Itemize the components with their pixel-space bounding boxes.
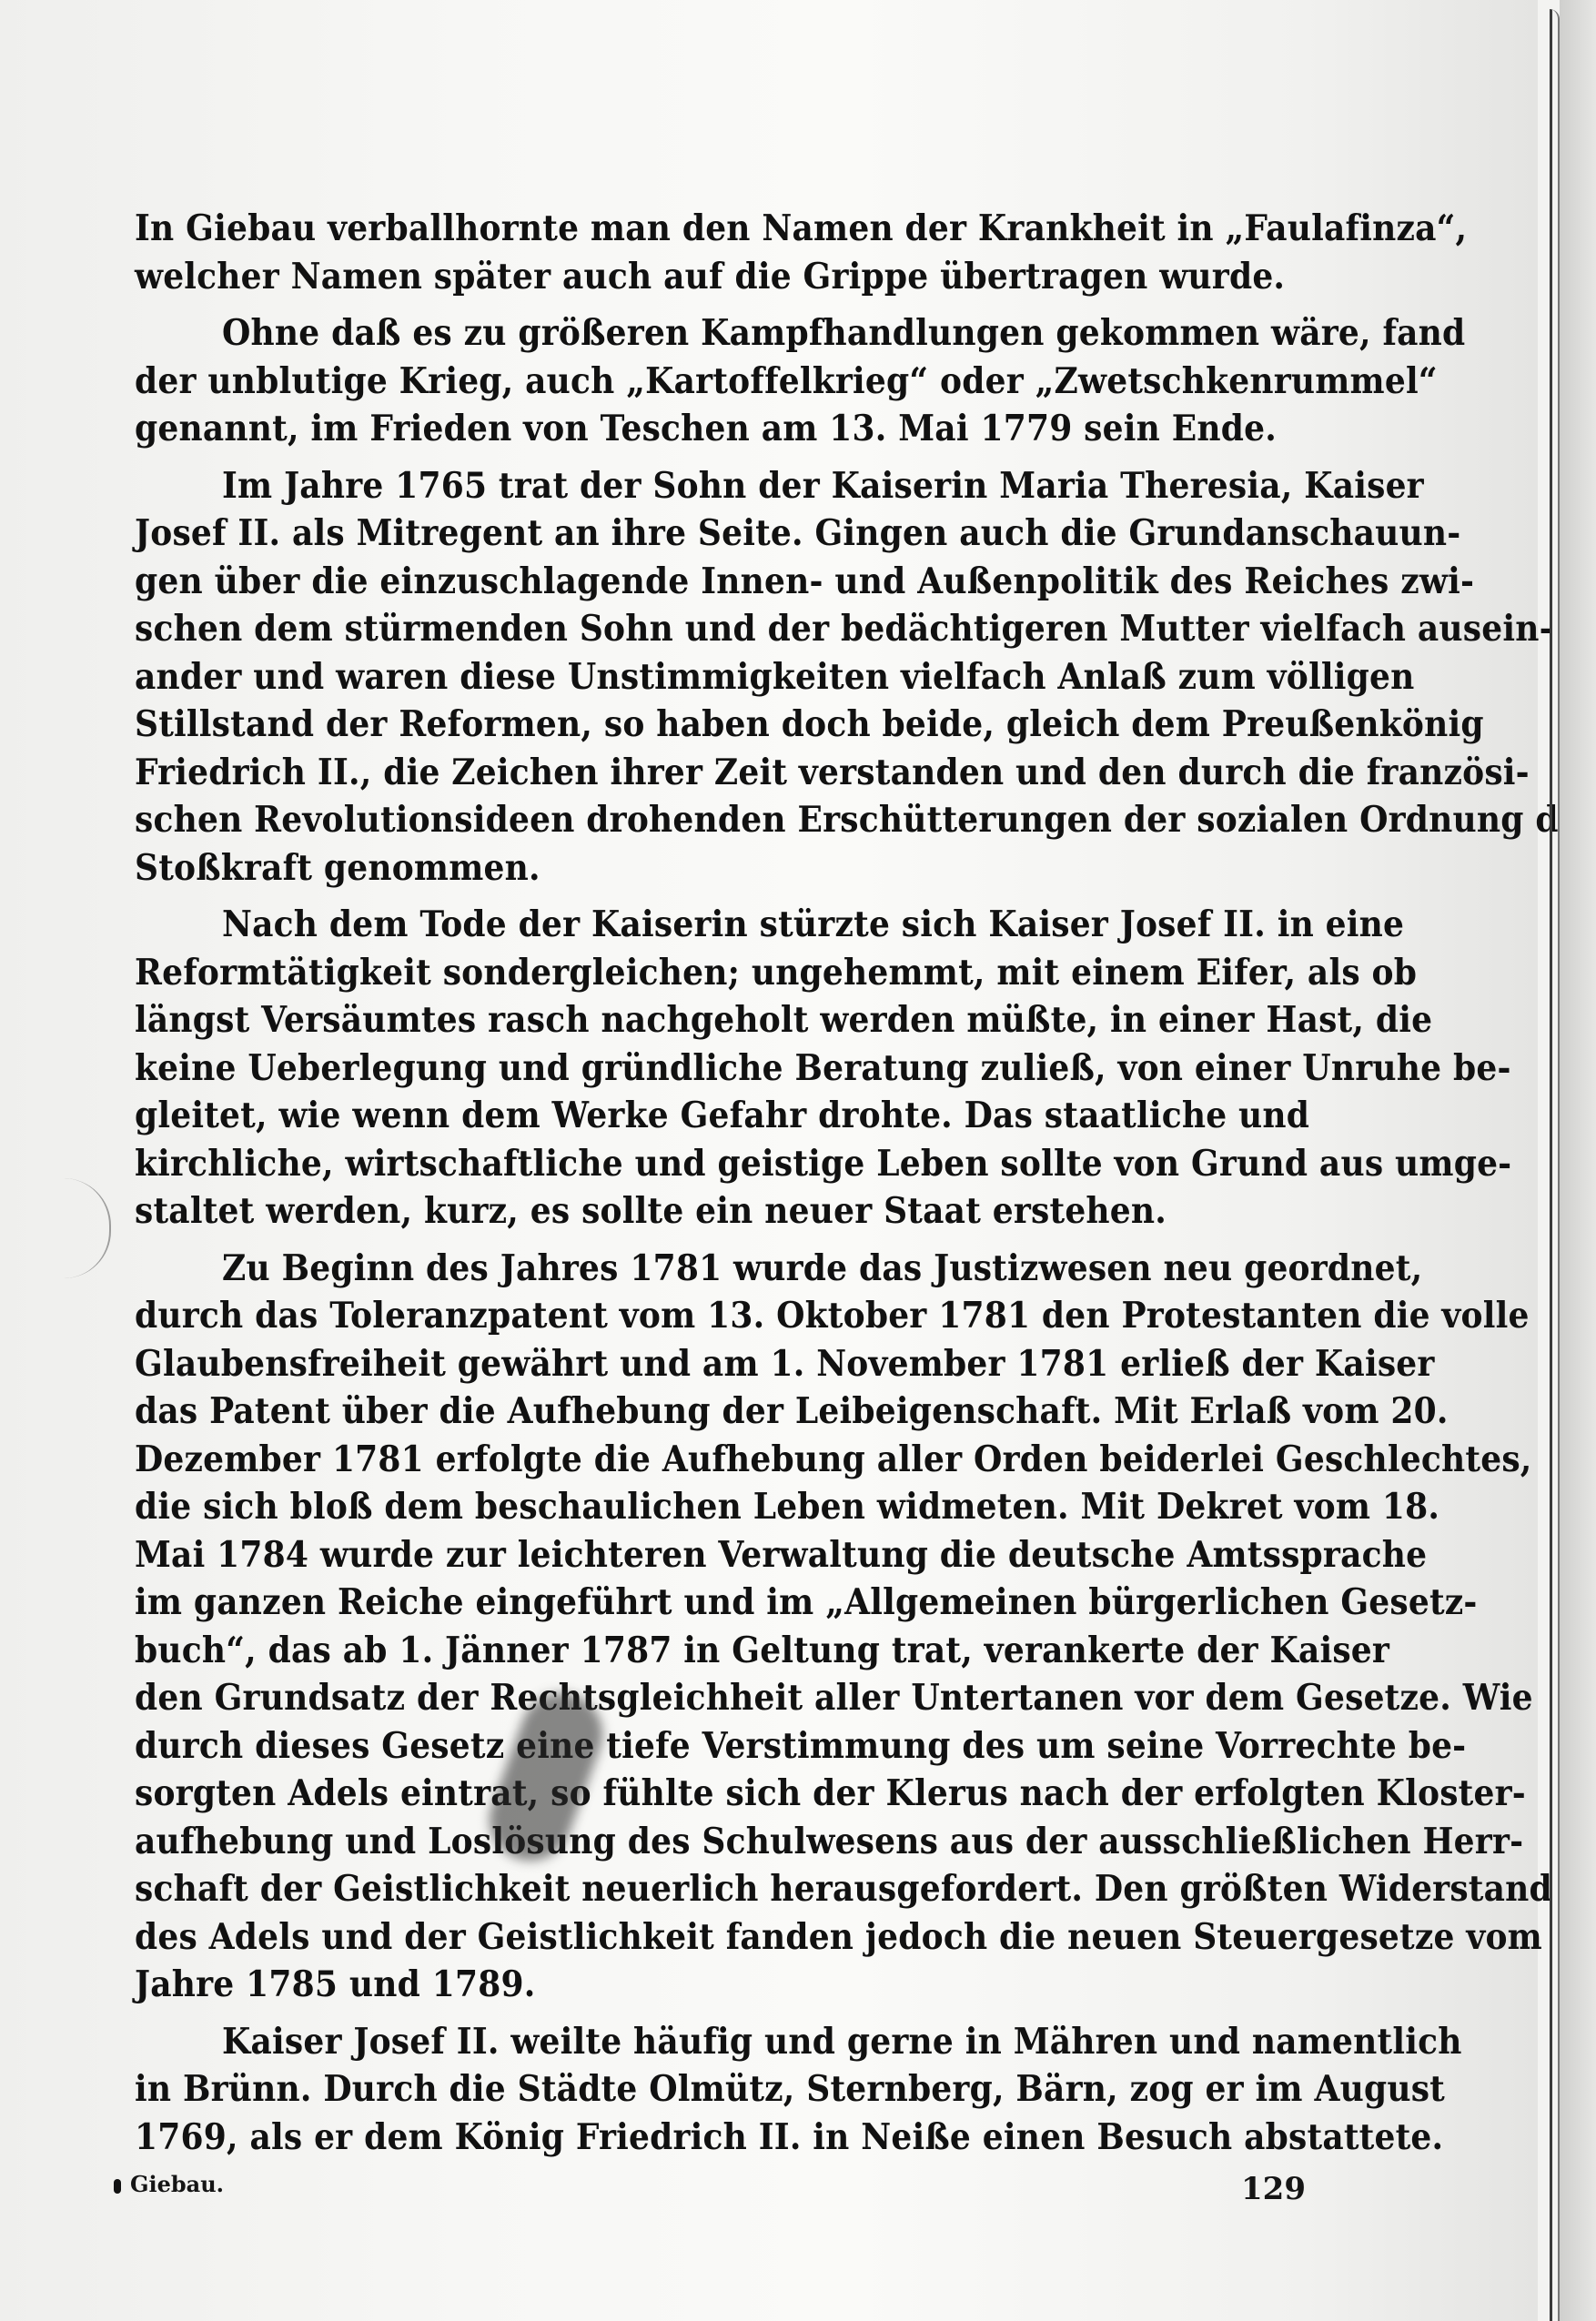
text-line: gen über die einzuschlagende Innen- und … [135, 555, 1301, 607]
page-footer: Giebau. 129 [114, 2171, 1306, 2207]
text-line: schaft der Geistlichkeit neuerlich herau… [135, 1863, 1301, 1915]
text-line: Mai 1784 wurde zur leichteren Verwaltung… [135, 1529, 1301, 1580]
text-line: 1769, als er dem König Friedrich II. in … [135, 2111, 1301, 2163]
text-line: den Grundsatz der Rechtsgleichheit aller… [135, 1672, 1301, 1724]
text-line: Stillstand der Reformen, so haben doch b… [135, 699, 1301, 751]
text-line: genannt, im Frieden von Teschen am 13. M… [135, 403, 1301, 455]
text-line: Stoßkraft genommen. [135, 842, 1301, 893]
text-line: das Patent über die Aufhebung der Leibei… [135, 1386, 1301, 1438]
text-line: Zu Beginn des Jahres 1781 wurde das Just… [135, 1242, 1301, 1294]
text-line: Kaiser Josef II. weilte häufig und gerne… [135, 2015, 1301, 2067]
text-line: die sich bloß dem beschaulichen Leben wi… [135, 1481, 1301, 1533]
page-tear-mark [64, 1178, 111, 1278]
text-line: durch dieses Gesetz eine tiefe Verstimmu… [135, 1720, 1301, 1771]
paragraph: In Giebau verballhornte man den Namen de… [135, 205, 1301, 300]
body-text: In Giebau verballhornte man den Namen de… [135, 205, 1301, 2161]
text-line: aufhebung und Loslösung des Schulwesens … [135, 1815, 1301, 1867]
signature-mark-icon [114, 2179, 121, 2194]
text-line: Im Jahre 1765 trat der Sohn der Kaiserin… [135, 459, 1301, 511]
text-line: Jahre 1785 und 1789. [135, 1959, 1301, 2011]
text-line: Friedrich II., die Zeichen ihrer Zeit ve… [135, 746, 1301, 798]
scanned-page: In Giebau verballhornte man den Namen de… [0, 0, 1538, 2321]
text-line: des Adels und der Geistlichkeit fanden j… [135, 1911, 1301, 1963]
text-line: staltet werden, kurz, es sollte ein neue… [135, 1186, 1301, 1237]
text-line: gleitet, wie wenn dem Werke Gefahr droht… [135, 1090, 1301, 1142]
paragraph: Zu Beginn des Jahres 1781 wurde das Just… [135, 1245, 1301, 2009]
paragraph: Kaiser Josef II. weilte häufig und gerne… [135, 2018, 1301, 2162]
paragraph: Nach dem Tode der Kaiserin stürzte sich … [135, 901, 1301, 1236]
text-line: Ohne daß es zu größeren Kampfhandlungen … [135, 308, 1301, 359]
text-line: buch“, das ab 1. Jänner 1787 in Geltung … [135, 1624, 1301, 1676]
page-edge [1550, 9, 1560, 2321]
text-line: durch das Toleranzpatent vom 13. Oktober… [135, 1290, 1301, 1342]
text-line: In Giebau verballhornte man den Namen de… [135, 203, 1301, 255]
text-line: Josef II. als Mitregent an ihre Seite. G… [135, 508, 1301, 560]
text-line: Reformtätigkeit sondergleichen; ungehemm… [135, 946, 1301, 998]
text-line: schen Revolutionsideen drohenden Erschüt… [135, 794, 1301, 846]
text-line: im ganzen Reiche eingeführt und im „Allg… [135, 1577, 1301, 1629]
text-line: kirchliche, wirtschaftliche und geistige… [135, 1137, 1301, 1189]
text-line: keine Ueberlegung und gründliche Beratun… [135, 1042, 1301, 1094]
text-line: schen dem stürmenden Sohn und der bedäch… [135, 603, 1301, 655]
text-line: sorgten Adels eintrat, so fühlte sich de… [135, 1768, 1301, 1820]
page-number: 129 [1241, 2171, 1306, 2207]
text-line: ander und waren diese Unstimmigkeiten vi… [135, 651, 1301, 702]
signature-text: Giebau. [130, 2171, 224, 2197]
text-line: welcher Namen später auch auf die Grippe… [135, 250, 1301, 302]
text-line: der unblutige Krieg, auch „Kartoffelkrie… [135, 355, 1301, 407]
paragraph: Ohne daß es zu größeren Kampfhandlungen … [135, 309, 1301, 453]
book-binding-edge [1560, 0, 1596, 2321]
text-line: Dezember 1781 erfolgte die Aufhebung all… [135, 1433, 1301, 1485]
paragraph: Im Jahre 1765 trat der Sohn der Kaiserin… [135, 462, 1301, 893]
text-line: in Brünn. Durch die Städte Olmütz, Stern… [135, 2064, 1301, 2115]
text-line: Nach dem Tode der Kaiserin stürzte sich … [135, 899, 1301, 951]
text-line: längst Versäumtes rasch nachgeholt werde… [135, 994, 1301, 1046]
text-line: Glaubensfreiheit gewährt und am 1. Novem… [135, 1337, 1301, 1389]
printer-signature: Giebau. [114, 2171, 224, 2197]
